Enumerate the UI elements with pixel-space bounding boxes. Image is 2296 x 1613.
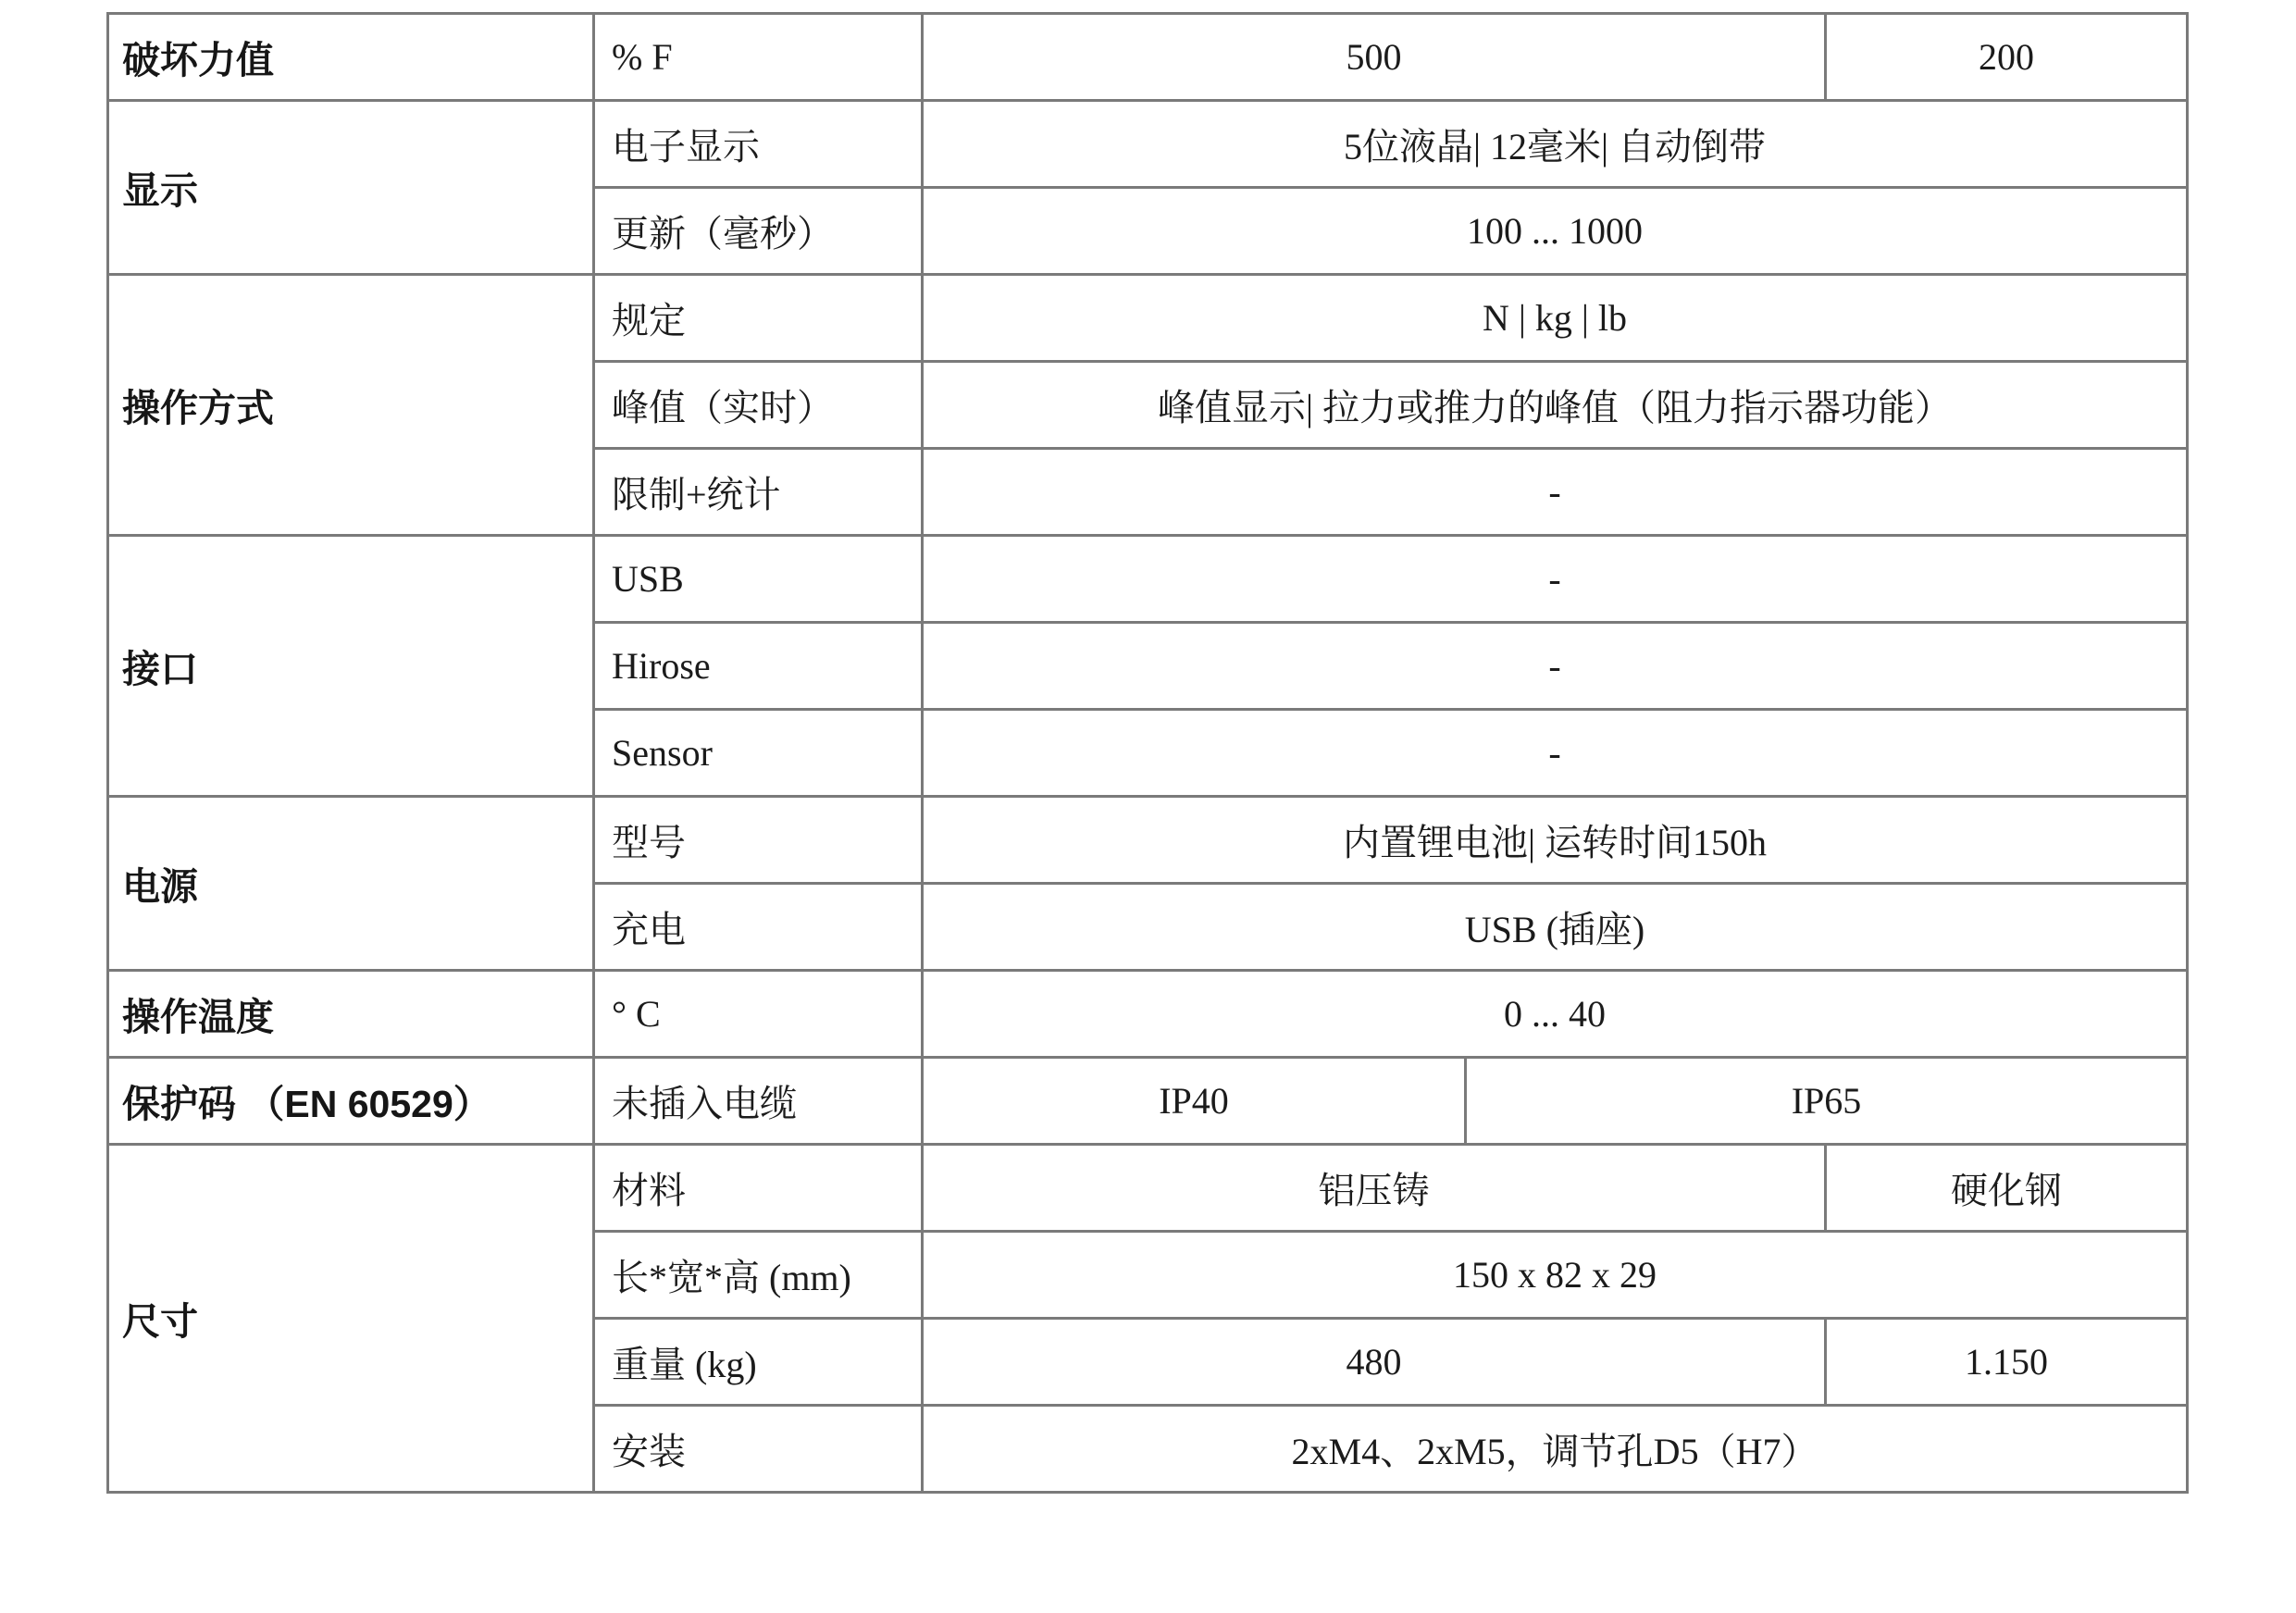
category-cell: 操作温度 xyxy=(108,971,594,1058)
value-cell-secondary: 硬化钢 xyxy=(1826,1145,2188,1232)
sublabel-cell: 限制+统计 xyxy=(594,449,923,536)
value-cell: - xyxy=(923,536,2188,623)
sublabel-cell: 更新（毫秒） xyxy=(594,188,923,275)
category-cell: 尺寸 xyxy=(108,1145,594,1493)
value-cell: 峰值显示| 拉力或推力的峰值（阻力指示器功能） xyxy=(923,362,2188,449)
sublabel-cell: 长*宽*高 (mm) xyxy=(594,1232,923,1319)
value-cell: 2xM4、2xM5，调节孔D5（H7） xyxy=(923,1406,2188,1493)
category-cell: 破坏力值 xyxy=(108,14,594,101)
sublabel-cell: % F xyxy=(594,14,923,101)
value-cell: 5位液晶| 12毫米| 自动倒带 xyxy=(923,101,2188,188)
value-cell: 480 xyxy=(923,1319,1826,1406)
value-cell: N | kg | lb xyxy=(923,275,2188,362)
value-cell: - xyxy=(923,710,2188,797)
value-cell: - xyxy=(923,623,2188,710)
category-cell: 保护码 （EN 60529） xyxy=(108,1058,594,1145)
value-cell: 500 xyxy=(923,14,1826,101)
value-cell: 内置锂电池| 运转时间150h xyxy=(923,797,2188,884)
value-cell: 150 x 82 x 29 xyxy=(923,1232,2188,1319)
value-cell: - xyxy=(923,449,2188,536)
value-cell-secondary: IP65 xyxy=(1466,1058,2188,1145)
value-cell-secondary: 200 xyxy=(1826,14,2188,101)
table-row: 破坏力值 % F 500 200 xyxy=(108,14,2188,101)
sublabel-cell: 充电 xyxy=(594,884,923,971)
sublabel-cell: USB xyxy=(594,536,923,623)
sublabel-cell: 安装 xyxy=(594,1406,923,1493)
category-cell: 操作方式 xyxy=(108,275,594,536)
table-row: 接口 USB - xyxy=(108,536,2188,623)
value-cell: 0 ... 40 xyxy=(923,971,2188,1058)
value-cell: 铝压铸 xyxy=(923,1145,1826,1232)
value-cell: IP40 xyxy=(923,1058,1466,1145)
table-row: 操作温度 ° C 0 ... 40 xyxy=(108,971,2188,1058)
sublabel-cell: 型号 xyxy=(594,797,923,884)
table-row: 显示 电子显示 5位液晶| 12毫米| 自动倒带 xyxy=(108,101,2188,188)
sublabel-cell: 未插入电缆 xyxy=(594,1058,923,1145)
table-row: 操作方式 规定 N | kg | lb xyxy=(108,275,2188,362)
sublabel-cell: 电子显示 xyxy=(594,101,923,188)
table-row: 保护码 （EN 60529） 未插入电缆 IP40 IP65 xyxy=(108,1058,2188,1145)
category-cell: 显示 xyxy=(108,101,594,275)
category-cell: 接口 xyxy=(108,536,594,797)
sublabel-cell: 重量 (kg) xyxy=(594,1319,923,1406)
value-cell: USB (插座) xyxy=(923,884,2188,971)
spec-table: 破坏力值 % F 500 200 显示 电子显示 5位液晶| 12毫米| 自动倒… xyxy=(106,12,2189,1494)
table-row: 尺寸 材料 铝压铸 硬化钢 xyxy=(108,1145,2188,1232)
value-cell: 100 ... 1000 xyxy=(923,188,2188,275)
category-cell: 电源 xyxy=(108,797,594,971)
sublabel-cell: Hirose xyxy=(594,623,923,710)
sublabel-cell: 规定 xyxy=(594,275,923,362)
table-row: 电源 型号 内置锂电池| 运转时间150h xyxy=(108,797,2188,884)
value-cell-secondary: 1.150 xyxy=(1826,1319,2188,1406)
sublabel-cell: ° C xyxy=(594,971,923,1058)
sublabel-cell: 峰值（实时） xyxy=(594,362,923,449)
sublabel-cell: Sensor xyxy=(594,710,923,797)
sublabel-cell: 材料 xyxy=(594,1145,923,1232)
